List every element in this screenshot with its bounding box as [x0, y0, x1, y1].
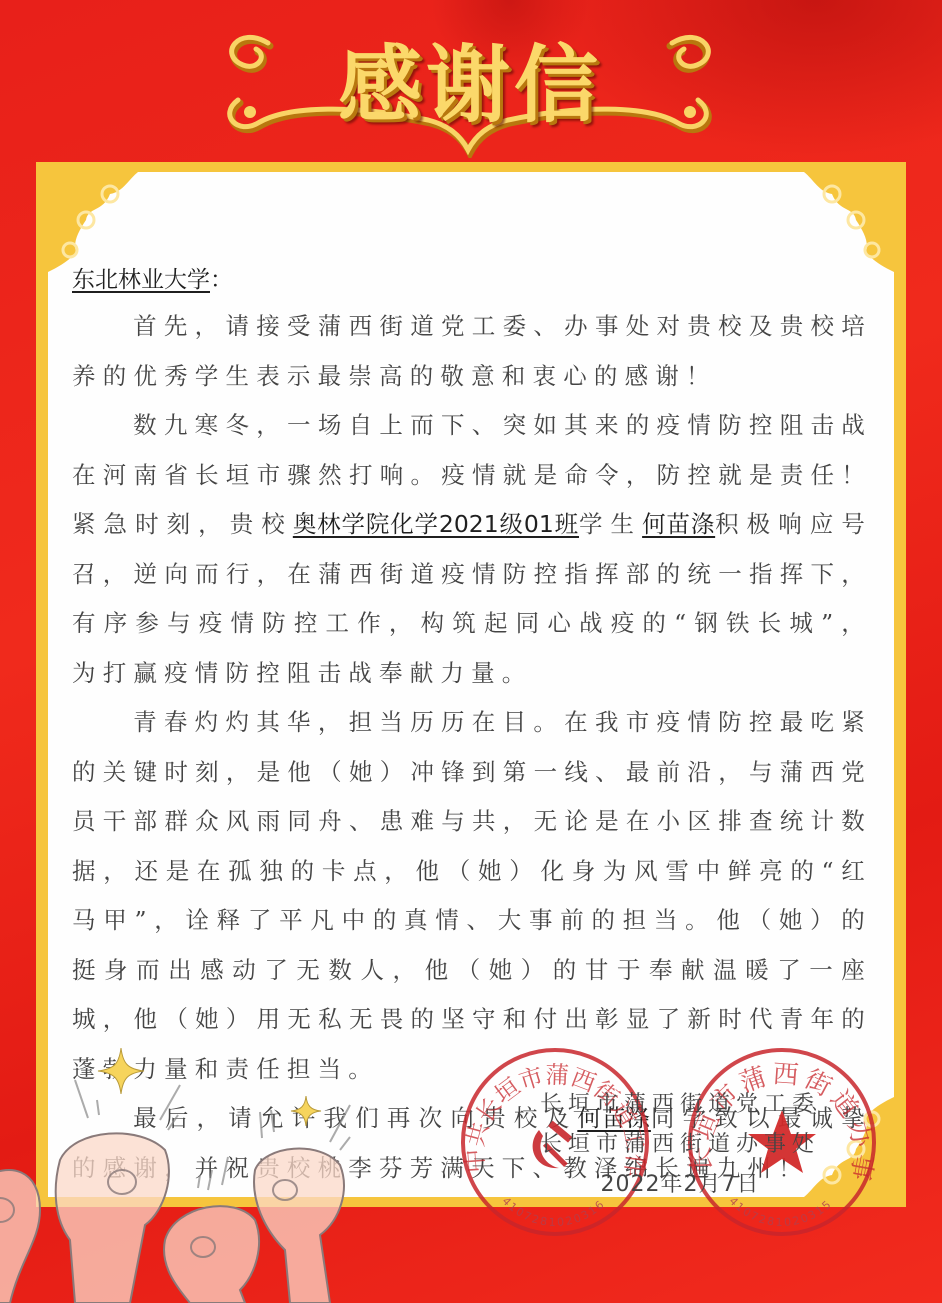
raised-fists-illustration: [0, 1040, 400, 1303]
signature-block: 长垣市蒲西街道党工委 长垣市蒲西街道办事处 2022年2月7日: [520, 1085, 840, 1205]
paragraph-praise: 青春灼灼其华，担当历历在目。在我市疫情防控最吃紧的关键时刻，是他（她）冲锋到第一…: [72, 698, 872, 1094]
recipient: 东北林业大学：: [72, 258, 872, 302]
class-name: 奥林学院化学2021级01班: [293, 510, 579, 538]
page-title: 感谢信: [200, 18, 740, 139]
signature-street-office: 长垣市蒲西街道办事处: [520, 1125, 840, 1165]
paragraph-greeting: 首先，请接受蒲西街道党工委、办事处对贵校及贵校培养的优秀学生表示最崇高的敬意和衷…: [72, 302, 872, 401]
letter-date: 2022年2月7日: [520, 1165, 840, 1205]
student-name: 何苗涤: [642, 510, 715, 538]
paragraph-background: 数九寒冬，一场自上而下、突如其来的疫情防控阻击战在河南省长垣市骤然打响。疫情就是…: [72, 401, 872, 698]
recipient-name: 东北林业大学: [72, 267, 210, 293]
letter-title-banner: 感谢信: [200, 8, 740, 158]
signature-party-committee: 长垣市蒲西街道党工委: [520, 1085, 840, 1125]
